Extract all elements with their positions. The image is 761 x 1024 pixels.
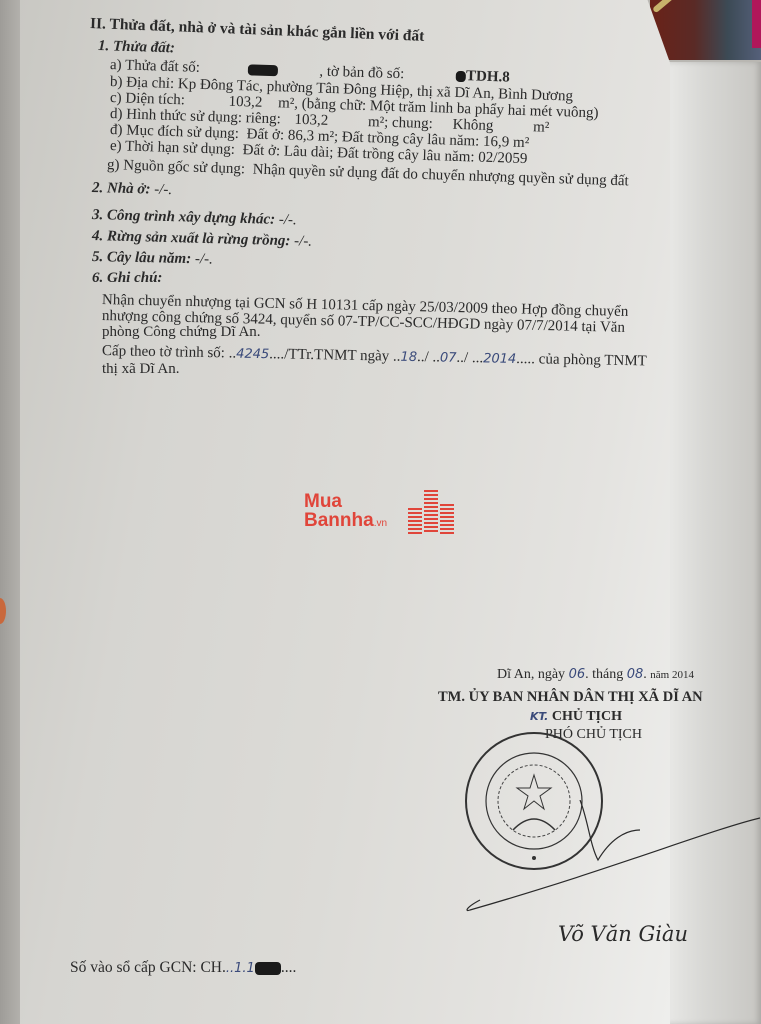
item-perennial-trees: 5. Cây lâu năm: -/-. (92, 249, 213, 268)
term-label: e) Thời hạn sử dụng: (110, 138, 235, 158)
watermark-logo: Mua Bannha.vn (304, 492, 387, 533)
submission-day: 18 (400, 350, 417, 365)
submission-month: 07 (440, 350, 457, 365)
item-label: 6. Ghi chú: (92, 270, 162, 286)
item-value: -/-. (279, 212, 297, 228)
usage-form-shared: Không (452, 117, 493, 134)
registry-label: Số vào sổ cấp GCN: (70, 959, 197, 976)
parcel-number-label: a) Thửa đất số: (110, 57, 200, 76)
submission-unit: /TTr.TNMT ngày (284, 347, 389, 365)
watermark-line-2: Bannha (304, 510, 374, 531)
sign-month: 08 (627, 667, 644, 682)
usage-form-unit: m² (533, 119, 550, 136)
area-unit: m², (278, 95, 298, 112)
item-value: -/-. (195, 251, 213, 267)
submission-suffix: của phòng TNMT (539, 351, 647, 369)
notes-line-4: Cấp theo tờ trình số: ..4245..../TTr.TNM… (102, 343, 647, 370)
authority-title: TM. ỦY BAN NHÂN DÂN THỊ XÃ DĨ AN (438, 689, 703, 705)
item-label: 3. Công trình xây dựng khác: (92, 207, 276, 228)
item-house: 2. Nhà ở: -/-. (92, 180, 173, 198)
place-date-prefix: Dĩ An, ngày (497, 667, 565, 682)
item-value: -/-. (154, 182, 172, 198)
item-label: 5. Cây lâu năm: (92, 249, 192, 267)
redacted-map-prefix (456, 71, 466, 82)
map-sheet-value: TDH.8 (466, 68, 510, 85)
usage-form-private: 103,2 (294, 112, 328, 129)
watermark-line-1: Mua (304, 492, 387, 511)
submission-label: Cấp theo tờ trình số: (102, 343, 225, 361)
origin-label: g) Nguồn gốc sử dụng: (107, 157, 246, 177)
watermark-suffix: .vn (374, 518, 387, 529)
notes-line-5: thị xã Dĩ An. (102, 361, 180, 377)
land-heading: 1. Thửa đất: (98, 38, 175, 56)
signature-stroke (460, 800, 760, 920)
year-label: năm 2014 (650, 669, 694, 681)
place-date: Dĩ An, ngày 06. tháng 08. năm 2014 (497, 667, 694, 683)
item-label: 4. Rừng sản xuất là rừng trồng: (92, 228, 291, 249)
sign-day: 06 (569, 667, 586, 682)
item-value: -/-. (294, 233, 312, 249)
registry-number-row: Số vào sổ cấp GCN: CH...1.1.... (70, 960, 296, 977)
redacted-registry-number (255, 962, 281, 975)
kt-mark: KT. (530, 710, 548, 723)
document-content: II. Thửa đất, nhà ở và tài sản khác gắn … (0, 0, 761, 1024)
item-label: 2. Nhà ở: (92, 180, 151, 198)
item-other-construction: 3. Công trình xây dựng khác: -/-. (92, 207, 297, 228)
redacted-parcel-number (247, 64, 277, 76)
building-icon (408, 490, 456, 534)
registry-prefix: CH. (200, 959, 225, 976)
item-production-forest: 4. Rừng sản xuất là rừng trồng: -/-. (92, 228, 312, 250)
signer-name: Võ Văn Giàu (558, 926, 688, 942)
chairman-title: CHỦ TỊCH (552, 709, 622, 724)
registry-suffix: .... (281, 959, 297, 976)
notes-line-3: phòng Công chứng Dĩ An. (102, 324, 261, 340)
origin-value: Nhận quyền sử dụng đất do chuyển nhượng … (253, 162, 629, 190)
submission-number: 4245 (236, 347, 269, 363)
signer-role: KT. CHỦ TỊCH (530, 709, 622, 725)
area-value: 103,2 (228, 94, 262, 111)
map-sheet-label: , tờ bản đồ số: (319, 64, 404, 83)
item-notes-heading: 6. Ghi chú: (92, 270, 162, 286)
month-label: tháng (592, 667, 623, 682)
submission-year: 2014 (483, 351, 516, 367)
